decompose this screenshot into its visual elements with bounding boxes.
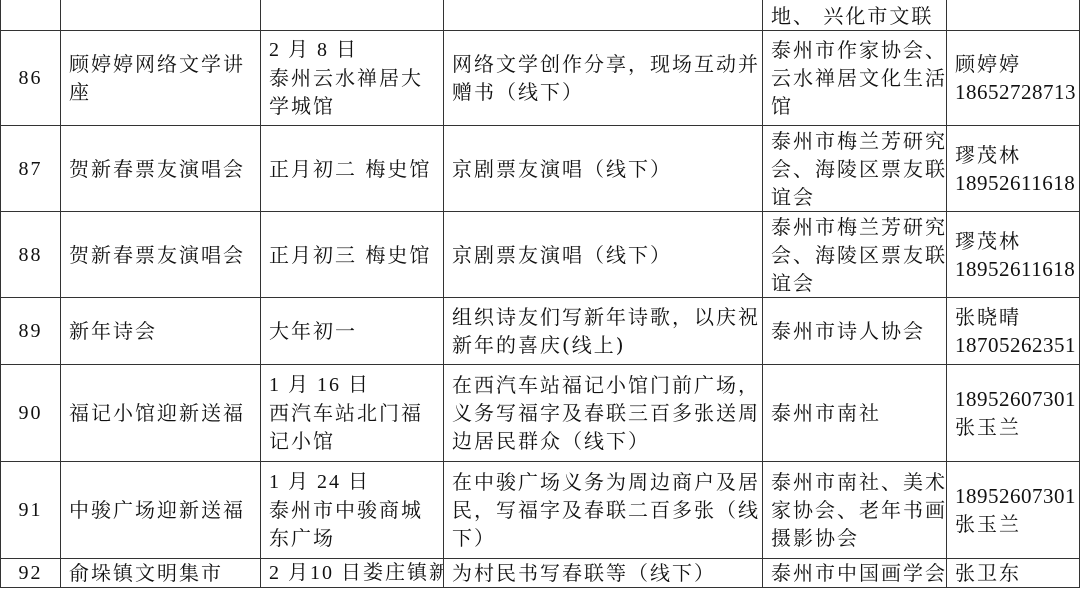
name-line: 新年诗会 <box>69 317 252 345</box>
organizer-line: 摄影协会 <box>771 524 938 552</box>
date-line: 1 月 24 日 <box>269 468 435 496</box>
place-line: 东广场 <box>269 524 435 552</box>
contact-name: 璆茂林 <box>955 227 1071 255</box>
activity-table: 地、 兴化市文联 86 顾婷婷网络文学讲 座 2 月 8 日 泰州云水禅居大 学… <box>0 0 1080 588</box>
table-row: 87 贺新春票友演唱会 正月初二 梅史馆 京剧票友演唱（线下） 泰州市梅兰芳研究… <box>1 126 1080 212</box>
organizer-line: 云水禅居文化生活 <box>771 64 938 92</box>
organizer-line: 谊会 <box>771 183 938 211</box>
organizer-line: 泰州市梅兰芳研究 <box>771 127 938 155</box>
cell-organizer: 地、 兴化市文联 <box>763 0 947 31</box>
contact-name: 张卫东 <box>955 559 1071 587</box>
cell-organizer: 泰州市作家协会、 云水禅居文化生活 馆 <box>763 31 947 126</box>
table-row: 86 顾婷婷网络文学讲 座 2 月 8 日 泰州云水禅居大 学城馆 网络文学创作… <box>1 31 1080 126</box>
cell-contact: 张晓晴 18705262351 <box>947 298 1080 365</box>
cell-contact: 璆茂林 18952611618 <box>947 212 1080 298</box>
cell-content: 在中骏广场义务为周边商户及居 民，写福字及春联二百多张（线 下） <box>444 462 763 559</box>
cell-contact: 璆茂林 18952611618 <box>947 126 1080 212</box>
cell-no: 92 <box>1 559 61 588</box>
name-line: 俞垛镇文明集市 <box>69 559 252 587</box>
cell-content: 组织诗友们写新年诗歌，以庆祝 新年的喜庆(线上) <box>444 298 763 365</box>
place-line: 西汽车站北门福 <box>269 399 435 427</box>
cell-name: 新年诗会 <box>61 298 261 365</box>
contact-phone: 18952611618 <box>955 255 1071 283</box>
date-line: 大年初一 <box>269 317 435 345</box>
organizer-line: 谊会 <box>771 269 938 297</box>
contact-name: 张玉兰 <box>955 510 1071 538</box>
cell-name: 福记小馆迎新送福 <box>61 365 261 462</box>
cell-no: 88 <box>1 212 61 298</box>
content-line: 组织诗友们写新年诗歌，以庆祝 <box>452 303 754 331</box>
contact-phone: 18652728713 <box>955 78 1071 106</box>
contact-phone: 18705262351 <box>955 331 1071 359</box>
cell-name: 中骏广场迎新送福 <box>61 462 261 559</box>
organizer-line: 泰州市中国画学会 <box>771 559 938 587</box>
cell-name: 贺新春票友演唱会 <box>61 126 261 212</box>
content-line: 下） <box>452 524 754 552</box>
cell-contact <box>947 0 1080 31</box>
organizer-line: 馆 <box>771 92 938 120</box>
cell-organizer: 泰州市南社、美术 家协会、老年书画 摄影协会 <box>763 462 947 559</box>
contact-name: 张玉兰 <box>955 413 1071 441</box>
cell-organizer: 泰州市中国画学会 <box>763 559 947 588</box>
name-line: 顾婷婷网络文学讲 <box>69 50 252 78</box>
cell-time-place: 1 月 16 日 西汽车站北门福 记小馆 <box>261 365 444 462</box>
contact-name: 张晓晴 <box>955 303 1071 331</box>
cell-no: 87 <box>1 126 61 212</box>
place-line: 正月初三 梅史馆 <box>269 241 435 269</box>
date-line: 2 月 8 日 <box>269 36 435 64</box>
name-line: 中骏广场迎新送福 <box>69 496 252 524</box>
cell-time-place: 正月初三 梅史馆 <box>261 212 444 298</box>
cell-content: 网络文学创作分享，现场互动并 赠书（线下） <box>444 31 763 126</box>
contact-phone: 18952611618 <box>955 169 1071 197</box>
content-line: 为村民书写春联等（线下） <box>452 559 754 587</box>
cell-no: 91 <box>1 462 61 559</box>
cell-contact: 张卫东 <box>947 559 1080 588</box>
cell-no <box>1 0 61 31</box>
name-line: 福记小馆迎新送福 <box>69 399 252 427</box>
cell-content <box>444 0 763 31</box>
document-sheet: 地、 兴化市文联 86 顾婷婷网络文学讲 座 2 月 8 日 泰州云水禅居大 学… <box>0 0 1080 588</box>
organizer-line: 泰州市南社 <box>771 399 938 427</box>
cell-time-place: 2 月 8 日 泰州云水禅居大 学城馆 <box>261 31 444 126</box>
place-line: 泰州云水禅居大 <box>269 64 435 92</box>
table-row: 92 俞垛镇文明集市 2 月10 日娄庄镇新 为村民书写春联等（线下） 泰州市中… <box>1 559 1080 588</box>
organizer-line: 泰州市作家协会、 <box>771 36 938 64</box>
contact-name: 璆茂林 <box>955 141 1071 169</box>
name-line: 贺新春票友演唱会 <box>69 155 252 183</box>
organizer-line: 家协会、老年书画 <box>771 496 938 524</box>
name-line: 座 <box>69 78 252 106</box>
cell-time-place: 1 月 24 日 泰州市中骏商城 东广场 <box>261 462 444 559</box>
cell-organizer: 泰州市诗人协会 <box>763 298 947 365</box>
contact-phone: 18952607301 <box>955 482 1071 510</box>
organizer-line: 泰州市梅兰芳研究 <box>771 213 938 241</box>
place-line: 正月初二 梅史馆 <box>269 155 435 183</box>
content-line: 义务写福字及春联三百多张送周 <box>452 399 754 427</box>
table-row: 89 新年诗会 大年初一 组织诗友们写新年诗歌，以庆祝 新年的喜庆(线上) 泰州… <box>1 298 1080 365</box>
content-line: 网络文学创作分享，现场互动并 <box>452 50 754 78</box>
cell-no: 86 <box>1 31 61 126</box>
cell-organizer: 泰州市南社 <box>763 365 947 462</box>
date-line: 2 月10 日娄庄镇新 <box>269 559 435 587</box>
organizer-line: 会、海陵区票友联 <box>771 241 938 269</box>
content-line: 民，写福字及春联二百多张（线 <box>452 496 754 524</box>
place-line: 泰州市中骏商城 <box>269 496 435 524</box>
cell-content: 京剧票友演唱（线下） <box>444 126 763 212</box>
contact-name: 顾婷婷 <box>955 50 1071 78</box>
content-line: 边居民群众（线下） <box>452 427 754 455</box>
table-row: 88 贺新春票友演唱会 正月初三 梅史馆 京剧票友演唱（线下） 泰州市梅兰芳研究… <box>1 212 1080 298</box>
cell-name: 俞垛镇文明集市 <box>61 559 261 588</box>
cell-time-place <box>261 0 444 31</box>
table-row-partial: 地、 兴化市文联 <box>1 0 1080 31</box>
content-line: 新年的喜庆(线上) <box>452 331 754 359</box>
table-row: 90 福记小馆迎新送福 1 月 16 日 西汽车站北门福 记小馆 在西汽车站福记… <box>1 365 1080 462</box>
cell-name: 贺新春票友演唱会 <box>61 212 261 298</box>
content-line: 赠书（线下） <box>452 78 754 106</box>
cell-time-place: 大年初一 <box>261 298 444 365</box>
cell-content: 在西汽车站福记小馆门前广场， 义务写福字及春联三百多张送周 边居民群众（线下） <box>444 365 763 462</box>
cell-content: 京剧票友演唱（线下） <box>444 212 763 298</box>
cell-contact: 18952607301 张玉兰 <box>947 365 1080 462</box>
cell-contact: 顾婷婷 18652728713 <box>947 31 1080 126</box>
cell-contact: 18952607301 张玉兰 <box>947 462 1080 559</box>
cell-no: 90 <box>1 365 61 462</box>
organizer-line: 泰州市南社、美术 <box>771 468 938 496</box>
cell-no: 89 <box>1 298 61 365</box>
organizer-line: 泰州市诗人协会 <box>771 317 938 345</box>
cell-organizer: 泰州市梅兰芳研究 会、海陵区票友联 谊会 <box>763 126 947 212</box>
table-row: 91 中骏广场迎新送福 1 月 24 日 泰州市中骏商城 东广场 在中骏广场义务… <box>1 462 1080 559</box>
place-line: 学城馆 <box>269 92 435 120</box>
organizer-line: 地、 兴化市文联 <box>771 2 938 30</box>
cell-name: 顾婷婷网络文学讲 座 <box>61 31 261 126</box>
contact-phone: 18952607301 <box>955 385 1071 413</box>
cell-time-place: 2 月10 日娄庄镇新 <box>261 559 444 588</box>
cell-time-place: 正月初二 梅史馆 <box>261 126 444 212</box>
name-line: 贺新春票友演唱会 <box>69 241 252 269</box>
place-line: 记小馆 <box>269 427 435 455</box>
content-line: 京剧票友演唱（线下） <box>452 155 754 183</box>
cell-organizer: 泰州市梅兰芳研究 会、海陵区票友联 谊会 <box>763 212 947 298</box>
content-line: 京剧票友演唱（线下） <box>452 241 754 269</box>
organizer-line: 会、海陵区票友联 <box>771 155 938 183</box>
cell-content: 为村民书写春联等（线下） <box>444 559 763 588</box>
content-line: 在中骏广场义务为周边商户及居 <box>452 468 754 496</box>
content-line: 在西汽车站福记小馆门前广场， <box>452 371 754 399</box>
date-line: 1 月 16 日 <box>269 371 435 399</box>
cell-name <box>61 0 261 31</box>
